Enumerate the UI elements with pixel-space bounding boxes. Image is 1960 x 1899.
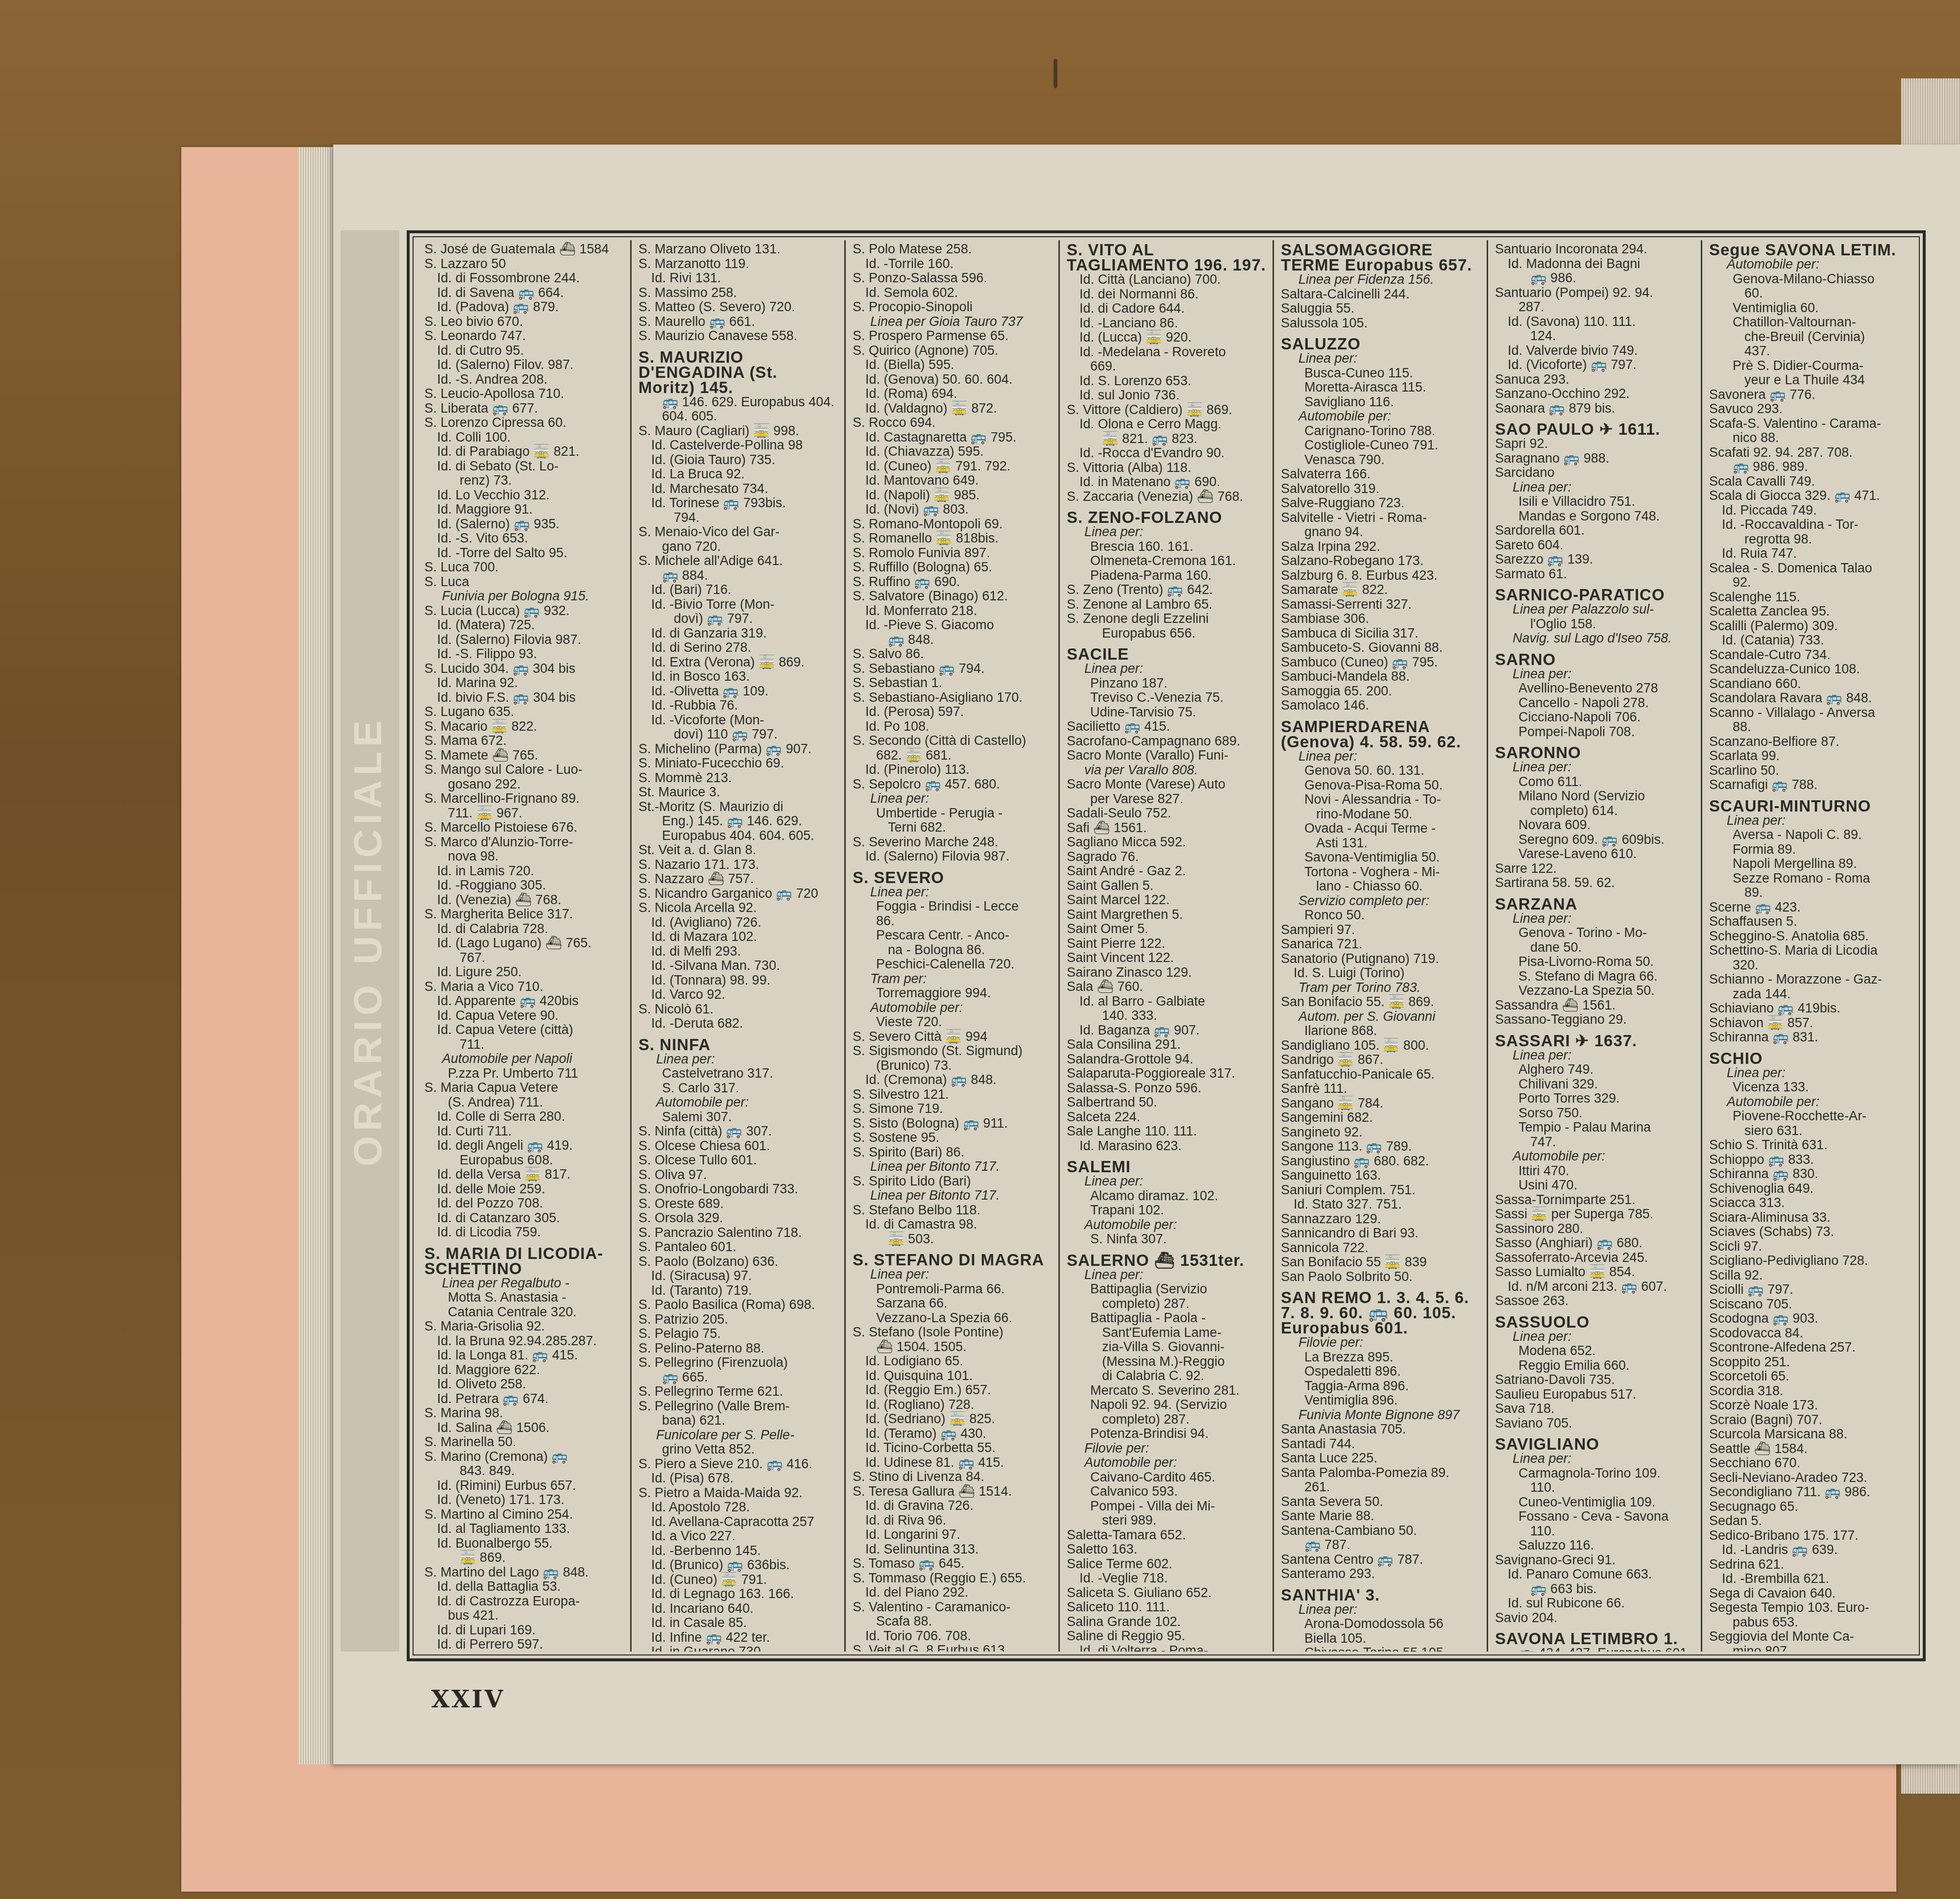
index-entry: Sciscano 705. (1709, 1297, 1909, 1312)
index-entry: Sciolli 🚌 797. (1709, 1282, 1909, 1297)
index-entry: Saliceto 110. 111. (1067, 1600, 1267, 1615)
index-entry: Id. Lo Vecchio 312. (424, 488, 624, 503)
index-entry: Id. Marina 92. (424, 676, 624, 691)
index-entry: 669. (1067, 359, 1267, 374)
index-entry: Sangineto 92. (1281, 1125, 1481, 1140)
index-entry: S. Luca 700. (424, 560, 624, 575)
index-entry: Id. di Calabria 728. (424, 922, 624, 937)
index-column-4: S. VITO AL TAGLIAMENTO 196. 197.Id. Citt… (1060, 240, 1274, 1652)
index-entry: Scheggino-S. Anatolia 685. (1709, 929, 1909, 944)
index-entry: Sanatorio (Putignano) 719. (1281, 952, 1481, 966)
index-entry: S. Olcese Chiesa 601. (638, 1139, 838, 1154)
index-entry: Tram per Torino 783. (1281, 981, 1481, 995)
index-entry: Sarmato 61. (1495, 567, 1695, 582)
index-heading: S. VITO AL TAGLIAMENTO 196. 197. (1067, 242, 1267, 272)
index-entry: Sanfatucchio-Panicale 65. (1281, 1067, 1481, 1082)
index-frame: S. José de Guatemala ⛴ 1584S. Lazzaro 50… (407, 230, 1926, 1661)
index-entry: Sassano-Teggiano 29. (1495, 1012, 1695, 1027)
index-entry: Id. Torinese 🚌 793bis. (638, 496, 838, 511)
index-entry: gnano 94. (1281, 525, 1481, 540)
index-entry: Salvatorello 319. (1281, 482, 1481, 496)
index-entry: Id. -Deruta 682. (638, 1016, 838, 1031)
index-entry: Salaparuta-Poggioreale 317. (1067, 1066, 1267, 1081)
index-entry: S. Leonardo 747. (424, 329, 624, 344)
index-entry: Id. sul Jonio 736. (1067, 388, 1267, 403)
index-entry: Linea per: (853, 885, 1053, 900)
index-entry: Id. di Mazara 102. (638, 930, 838, 944)
index-entry: Id. Ruia 747. (1709, 546, 1909, 561)
index-entry: Cancello - Napoli 278. (1495, 696, 1695, 711)
index-entry: Moretta-Airasca 115. (1281, 380, 1481, 395)
index-entry: Sciaves (Schabs) 73. (1709, 1225, 1909, 1239)
index-entry: Scigliano-Pedivigliano 728. (1709, 1254, 1909, 1268)
index-entry: Id. (Savona) 110. 111. (1495, 315, 1695, 329)
index-entry: Scafa 88. (853, 1614, 1053, 1629)
index-entry: Santadi 744. (1281, 1437, 1481, 1452)
index-entry: Schettino-S. Maria di Licodia (1709, 943, 1909, 958)
index-entry: Ronco 50. (1281, 908, 1481, 923)
index-entry: San Bonifacio 55 🚋 839 (1281, 1255, 1481, 1270)
index-entry: Alghero 749. (1495, 1062, 1695, 1077)
index-entry: Id. Apostolo 728. (638, 1500, 838, 1515)
index-entry: Id. Longarini 97. (853, 1528, 1053, 1542)
index-entry: Tram per: (853, 972, 1053, 986)
index-entry: 🚌 434. 437. Europabus 601. (1495, 1646, 1695, 1652)
index-entry: Sardorella 601. (1495, 523, 1695, 538)
index-entry: Id. (Genova) 50. 60. 604. (853, 372, 1053, 387)
index-entry: Id. Maggiore 622. (424, 1363, 624, 1378)
index-entry: Salbertrand 50. (1067, 1095, 1267, 1110)
index-entry: zada 144. (1709, 987, 1909, 1002)
index-entry: (Messina M.)-Reggio (1067, 1355, 1267, 1369)
index-entry: Sambuco (Cuneo) 🚌 795. (1281, 655, 1481, 670)
index-entry: Sambuci-Mandela 88. (1281, 669, 1481, 684)
index-entry: S. Oreste 689. (638, 1197, 838, 1211)
index-entry: per Varese 827. (1067, 792, 1267, 807)
index-entry: Sassoferrato-Arcevia 245. (1495, 1251, 1695, 1265)
index-entry: Sangone 113. 🚌 789. (1281, 1139, 1481, 1154)
index-entry: gosano 292. (424, 777, 624, 792)
index-entry: Salzano-Robegano 173. (1281, 554, 1481, 568)
index-entry: Id. -Landris 🚌 639. (1709, 1543, 1909, 1557)
index-entry: Id. delle Moie 259. (424, 1182, 624, 1197)
index-entry: S. Zaccaria (Venezia) ⛴ 768. (1067, 490, 1267, 504)
index-entry: bana) 621. (638, 1413, 838, 1428)
index-entry: Salve-Ruggiano 723. (1281, 496, 1481, 511)
index-entry: Id. di Legnago 163. 166. (638, 1587, 838, 1602)
index-entry: Id. in Lamis 720. (424, 864, 624, 879)
index-entry: Sanfrè 111. (1281, 1082, 1481, 1096)
index-entry: Santa Severa 50. (1281, 1495, 1481, 1509)
index-entry: Saonara 🚌 879 bis. (1495, 401, 1695, 416)
index-entry: Salza Irpina 292. (1281, 540, 1481, 554)
index-entry: l'Oglio 158. (1495, 617, 1695, 632)
index-heading: SARNICO-PARATICO (1495, 587, 1695, 602)
index-entry: S. Mango sul Calore - Luo- (424, 763, 624, 777)
index-entry: Id. Apparente 🚌 420bis (424, 994, 624, 1009)
index-column-7: Segue SAVONA LETIM.Automobile per:Genova… (1702, 240, 1915, 1652)
index-entry: Linea per: (1495, 667, 1695, 682)
index-entry: S. Lazzaro 50 (424, 257, 624, 271)
index-entry: rino-Modane 50. (1281, 807, 1481, 822)
index-entry: S. Nazzaro ⛴ 757. (638, 872, 838, 887)
index-entry: Id. di Fossombrone 244. (424, 271, 624, 286)
index-entry: Secchiano 670. (1709, 1456, 1909, 1471)
index-entry: Automobile per Napoli (424, 1052, 624, 1066)
index-entry: Id. di Cadore 644. (1067, 301, 1267, 316)
index-entry: S. Nicola Arcella 92. (638, 901, 838, 915)
index-entry: Carmagnola-Torino 109. (1495, 1466, 1695, 1481)
index-entry: Id. Avellana-Capracotta 257 (638, 1515, 838, 1529)
index-entry: Samolaco 146. (1281, 698, 1481, 713)
index-entry: Sapri 92. (1495, 437, 1695, 451)
index-entry: Id. Colle di Serra 280. (424, 1110, 624, 1124)
index-entry: Cuneo-Ventimiglia 109. (1495, 1495, 1695, 1510)
index-entry: S. Marzano Oliveto 131. (638, 242, 838, 257)
index-entry: S. Mauro (Cagliari) 🚋 998. (638, 424, 838, 439)
index-entry: Saltara-Calcinelli 244. (1281, 287, 1481, 302)
index-entry: Id. di Ganzaria 319. (638, 626, 838, 641)
index-entry: Linea per: (1067, 1268, 1267, 1282)
index-entry: Sarcidano (1495, 466, 1695, 480)
index-entry: Linea per: (1495, 1452, 1695, 1466)
index-entry: Id. (Teramo) 🚌 430. (853, 1427, 1053, 1441)
index-entry: Id. Maggiore 91. (424, 502, 624, 517)
index-column-5: SALSOMAGGIORE TERME Europabus 657.Linea … (1274, 240, 1488, 1652)
index-entry: S. Massimo 258. (638, 286, 838, 300)
index-entry: Santuario Incoronata 294. (1495, 242, 1695, 257)
index-entry: Brescia 160. 161. (1067, 540, 1267, 554)
index-entry: Id. -Torrile 160. (853, 257, 1053, 271)
index-entry: Linea per Fidenza 156. (1281, 272, 1481, 287)
index-entry: Id. (Chiavazza) 595. (853, 444, 1053, 459)
index-entry: Santena-Cambiano 50. (1281, 1524, 1481, 1538)
index-entry: Id. in Matenano 🚌 690. (1067, 475, 1267, 490)
index-entry: Scodovacca 84. (1709, 1326, 1909, 1341)
index-entry: Linea per Regalbuto - (424, 1276, 624, 1291)
index-entry: dovì) 🚌 797. (638, 612, 838, 626)
index-entry: S. Maurello 🚌 661. (638, 315, 838, 329)
index-entry: bus 421. (424, 1608, 624, 1623)
index-entry: Sangano 🚋 784. (1281, 1096, 1481, 1111)
index-entry: regrotta 98. (1709, 532, 1909, 547)
index-entry: Como 611. (1495, 775, 1695, 789)
index-entry: S. Maria a Vico 710. (424, 980, 624, 994)
index-entry: 🚋 503. (853, 1232, 1053, 1247)
index-entry: Battipaglia - Paola - (1067, 1311, 1267, 1326)
index-entry: Linea per: (1067, 525, 1267, 540)
index-entry: Id. Oliveto 258. (424, 1377, 624, 1392)
index-entry: Automobile per: (1067, 1455, 1267, 1470)
index-entry: S. Severino Marche 248. (853, 835, 1053, 850)
index-entry: S. Michele all'Adige 641. (638, 554, 838, 568)
index-entry: Id. la Longa 81. 🚌 415. (424, 1348, 624, 1363)
index-entry: S. Tommaso (Reggio E.) 655. (853, 1571, 1053, 1586)
index-heading: SARONNO (1495, 745, 1695, 760)
index-entry: Id. Rivi 131. (638, 271, 838, 286)
index-entry: Ventimiglia 60. (1709, 301, 1909, 316)
index-entry: Automobile per: (1281, 409, 1481, 424)
index-entry: Sanuca 293. (1495, 372, 1695, 387)
index-entry: Scorzè Noale 173. (1709, 1398, 1909, 1413)
index-entry: Id. S. Lorenzo 653. (1067, 374, 1267, 389)
index-entry: Chivasso-Torino 55.105. (1281, 1646, 1481, 1652)
index-entry: Id. Olona e Cerro Magg. (1067, 417, 1267, 432)
index-entry: Id. -Vicoforte (Mon- (638, 713, 838, 728)
index-entry: S. Salvo 86. (853, 647, 1053, 662)
index-heading: SAVIGLIANO (1495, 1436, 1695, 1452)
index-entry: Genova - Torino - Mo- (1495, 926, 1695, 940)
index-entry: Linea per: (1281, 749, 1481, 764)
index-entry: 60. (1709, 286, 1909, 301)
index-entry: Id. del Pozzo 708. (424, 1196, 624, 1211)
index-entry: Id. (Vicoforte) 🚌 797. (1495, 358, 1695, 372)
index-entry: Sasso Lumialto 🚋 854. (1495, 1265, 1695, 1280)
index-heading: S. MARIA DI LICODIA-SCHETTINO (424, 1246, 624, 1276)
index-entry: Scaletta Zanclea 95. (1709, 604, 1909, 619)
index-entry: gano 720. (638, 540, 838, 554)
index-column-2: S. Marzano Oliveto 131.S. Marzanotto 119… (632, 240, 846, 1652)
index-entry: renz) 73. (424, 473, 624, 488)
index-entry: Id. Monferrato 218. (853, 604, 1053, 618)
index-entry: Sarezzo 🚌 139. (1495, 552, 1695, 567)
index-entry: S. Salvatore (Binago) 612. (853, 589, 1053, 604)
index-entry: Santuario (Pompei) 92. 94. (1495, 286, 1695, 300)
index-entry: Id. Ligure 250. (424, 965, 624, 980)
index-entry: Id. della Versa 🚋 817. (424, 1167, 624, 1182)
index-entry: Id. Torio 706. 708. (853, 1629, 1053, 1644)
index-entry: S. Sisto (Bologna) 🚌 911. (853, 1116, 1053, 1131)
index-entry: Vicenza 133. (1709, 1080, 1909, 1095)
index-entry: Id. Ticino-Corbetta 55. (853, 1441, 1053, 1455)
index-entry: Id. Lodigiano 65. (853, 1354, 1053, 1369)
index-entry: Id. di Volterra - Poma- (1067, 1644, 1267, 1652)
index-entry: Sannicola 722. (1281, 1241, 1481, 1256)
index-entry: siero 631. (1709, 1124, 1909, 1138)
index-entry: Funivia per Bologna 915. (424, 589, 624, 604)
index-entry: Salzburg 6. 8. Eurbus 423. (1281, 568, 1481, 583)
index-entry: Id. (Salerno) 🚌 935. (424, 517, 624, 532)
index-entry: Sandrigo 🚋 867. (1281, 1053, 1481, 1067)
index-entry: Id. -Olivetta 🚌 109. (638, 684, 838, 699)
index-entry: Sala Consilina 291. (1067, 1037, 1267, 1052)
index-entry: Scandiano 660. (1709, 677, 1909, 691)
index-entry: Scerne 🚌 423. (1709, 900, 1909, 915)
index-entry: Sagrado 76. (1067, 850, 1267, 864)
index-entry: Samoggia 65. 200. (1281, 684, 1481, 699)
index-entry: S. Ninfa 307. (1067, 1232, 1267, 1247)
index-entry: Sareto 604. (1495, 538, 1695, 553)
index-entry: Id. (Cuneo) 🚋 791. (638, 1573, 838, 1587)
index-entry: S. Lorenzo Cipressa 60. (424, 416, 624, 430)
index-entry: 🚌 663 bis. (1495, 1582, 1695, 1597)
index-entry: Sannicandro di Bari 93. (1281, 1226, 1481, 1241)
index-entry: Pompei-Napoli 708. (1495, 725, 1695, 740)
index-entry: Sagliano Micca 592. (1067, 835, 1267, 850)
index-entry: Sava 718. (1495, 1402, 1695, 1416)
index-entry: Pinzano 187. (1067, 676, 1267, 691)
index-entry: S. Secondo (Città di Castello) (853, 734, 1053, 748)
index-entry: Linea per Palazzolo sul- (1495, 602, 1695, 617)
index-entry: Seattle ⛴ 1584. (1709, 1442, 1909, 1456)
page-edges-left (299, 147, 336, 1764)
index-entry: mino 807. (1709, 1644, 1909, 1652)
index-entry: S. Macario 🚋 822. (424, 719, 624, 734)
index-entry: Id. di Savena 🚌 664. (424, 286, 624, 300)
index-heading: SALEMI (1067, 1159, 1267, 1174)
index-entry: Sanguinetto 163. (1281, 1168, 1481, 1183)
index-entry: S. Maurizio Canavese 558. (638, 329, 838, 344)
index-entry: Pisa-Livorno-Roma 50. (1495, 955, 1695, 969)
index-entry: Id. (Gioia Tauro) 735. (638, 453, 838, 468)
index-entry: Safi ⛴ 1561. (1067, 821, 1267, 836)
index-entry: Linea per: (1495, 480, 1695, 495)
index-entry: Id. in Casale 85. (638, 1616, 838, 1630)
index-entry: Salina Grande 102. (1067, 1615, 1267, 1629)
index-entry: Umbertide - Perugia - (853, 806, 1053, 821)
index-entry: Calvanico 593. (1067, 1484, 1267, 1499)
index-entry: yeur e La Thuile 434 (1709, 373, 1909, 388)
index-entry: Savignano-Greci 91. (1495, 1553, 1695, 1568)
index-entry: Napoli 92. 94. (Servizio (1067, 1398, 1267, 1412)
index-entry: S. Marina 98. (424, 1406, 624, 1421)
index-entry: Id. -Berbenno 145. (638, 1544, 838, 1558)
index-entry: S. Spirito Lido (Bari) (853, 1174, 1053, 1189)
index-entry: S. Nazario 171. 173. (638, 858, 838, 872)
index-entry: Id. La Bruca 92. (638, 467, 838, 482)
index-entry: Sairano Zinasco 129. (1067, 965, 1267, 980)
index-entry: Saragnano 🚌 988. (1495, 451, 1695, 466)
index-entry: Sedrina 621. (1709, 1557, 1909, 1572)
index-entry: S. Nicolò 61. (638, 1002, 838, 1017)
index-heading: SCAURI-MINTURNO (1709, 798, 1909, 814)
index-entry: St. Veit a. d. Glan 8. (638, 843, 838, 858)
index-entry: Id. Varco 92. (638, 987, 838, 1002)
index-entry: Avellino-Benevento 278 (1495, 681, 1695, 696)
index-entry: Id. Quisquina 101. (853, 1369, 1053, 1383)
index-entry: Id. -Medelana - Rovereto (1067, 345, 1267, 360)
index-entry: Sadali-Seulo 752. (1067, 806, 1267, 821)
index-heading: SAO PAULO ✈ 1611. (1495, 421, 1695, 437)
index-entry: 86. (853, 914, 1053, 929)
index-entry: Scodogna 🚌 903. (1709, 1311, 1909, 1326)
index-entry: Samassi-Serrenti 327. (1281, 597, 1481, 612)
index-entry: S. Mommè 213. (638, 771, 838, 786)
index-entry: S. Teresa Gallura ⛴ 1514. (853, 1484, 1053, 1499)
index-entry: Pompei - Villa dei Mi- (1067, 1499, 1267, 1514)
index-entry: S. Luca (424, 575, 624, 590)
index-entry: Id. Po 108. (853, 719, 1053, 734)
index-entry: Segesta Tempio 103. Euro- (1709, 1601, 1909, 1615)
index-entry: 320. (1709, 958, 1909, 973)
index-entry: Sacro Monte (Varallo) Funi- (1067, 748, 1267, 763)
index-entry: Mandas e Sorgono 748. (1495, 509, 1695, 524)
index-entry: Scordia 318. (1709, 1384, 1909, 1399)
index-entry: S. Lugano 635. (424, 705, 624, 719)
index-entry: steri 989. (1067, 1513, 1267, 1528)
index-entry: che-Breuil (Cervinia) (1709, 330, 1909, 345)
index-entry: Saletta-Tamara 652. (1067, 1528, 1267, 1543)
index-entry: 🚌 787. (1281, 1538, 1481, 1553)
index-entry: Ilarione 868. (1281, 1024, 1481, 1038)
index-entry: Scandeluzza-Cunico 108. (1709, 662, 1909, 677)
index-entry: Id. Buonalbergo 55. (424, 1536, 624, 1551)
index-entry: Chilivani 329. (1495, 1077, 1695, 1092)
index-entry: Id. (Venezia) ⛴ 768. (424, 893, 624, 908)
index-entry: S. Procopio-Sinopoli (853, 300, 1053, 315)
index-heading: SAN REMO 1. 3. 4. 5. 6. 7. 8. 9. 60. 🚌 6… (1281, 1290, 1481, 1335)
index-entry: S. Rocco 694. (853, 416, 1053, 430)
index-entry: Id. in Bosco 163. (638, 669, 838, 684)
index-entry: Sega di Cavaion 640. (1709, 1586, 1909, 1601)
index-entry: Id. Mantovano 649. (853, 473, 1053, 488)
index-entry: Scanzano-Belfiore 87. (1709, 735, 1909, 749)
index-entry: St. Maurice 3. (638, 785, 838, 800)
index-entry: Id. di Perrero 597. (424, 1637, 624, 1652)
index-entry: Salussola 105. (1281, 316, 1481, 331)
index-entry: Id. (Cremona) 🚌 848. (853, 1073, 1053, 1087)
index-entry: completo) 287. (1067, 1412, 1267, 1427)
index-entry: 711. 🚋 967. (424, 806, 624, 821)
index-entry: Tortona - Voghera - Mi- (1281, 865, 1481, 880)
index-entry: Schioppo 🚌 833. (1709, 1153, 1909, 1167)
index-entry: Saint Marcel 122. (1067, 893, 1267, 908)
index-entry: Id. di Parabiago 🚋 821. (424, 444, 624, 459)
index-entry: Id. al Barro - Galbiate (1067, 994, 1267, 1009)
index-entry: Sedico-Bribano 175. 177. (1709, 1529, 1909, 1543)
index-entry: S. Mamete ⛴ 765. (424, 748, 624, 763)
index-entry: Genova-Milano-Chiasso (1709, 272, 1909, 287)
index-entry: Saint Margrethen 5. (1067, 908, 1267, 922)
index-entry: Id. -Torre del Salto 95. (424, 546, 624, 561)
index-entry: Id. di Camastra 98. (853, 1217, 1053, 1232)
index-entry: Id. -Silvana Man. 730. (638, 959, 838, 973)
index-entry: 88. (1709, 720, 1909, 735)
index-entry: Id. (Pisa) 678. (638, 1471, 838, 1486)
index-entry: 110. (1495, 1524, 1695, 1539)
index-entry: Arona-Domodossola 56 (1281, 1617, 1481, 1631)
index-entry: S. Liberata 🚌 677. (424, 401, 624, 416)
index-entry: S. Zeno (Trento) 🚌 642. (1067, 583, 1267, 597)
index-entry: Chatillon-Valtournan- (1709, 315, 1909, 330)
index-entry: Id. -Roccavaldina - Tor- (1709, 518, 1909, 532)
index-entry: S. Paolo (Bolzano) 636. (638, 1255, 838, 1269)
index-entry: Savona-Ventimiglia 50. (1281, 850, 1481, 865)
index-entry: Samarate 🚋 822. (1281, 583, 1481, 597)
index-entry: Novi - Alessandria - To- (1281, 792, 1481, 807)
index-entry: Piadena-Parma 160. (1067, 568, 1267, 583)
index-entry: Novara 609. (1495, 818, 1695, 833)
index-entry: 🚋 821. 🚌 823. (1067, 432, 1267, 446)
index-entry: S. Menaio-Vico del Gar- (638, 525, 838, 540)
index-entry: Id. -Roggiano 305. (424, 878, 624, 893)
index-entry: Id. (Matera) 725. (424, 618, 624, 633)
index-heading: SALSOMAGGIORE TERME Europabus 657. (1281, 242, 1481, 272)
index-entry: Scarlino 50. (1709, 764, 1909, 778)
index-entry: Id. Curti 711. (424, 1124, 624, 1139)
index-entry: Id. (Catania) 733. (1709, 633, 1909, 648)
index-entry: S. Ponzo-Salassa 596. (853, 271, 1053, 286)
index-entry: Peschici-Calenella 720. (853, 957, 1053, 972)
index-entry: S. Pelagio 75. (638, 1327, 838, 1341)
index-entry: Tempio - Palau Marina (1495, 1120, 1695, 1135)
index-entry: Catania Centrale 320. (424, 1305, 624, 1320)
index-entry: Id. di Gravina 726. (853, 1499, 1053, 1513)
index-entry: Satriano-Davoli 735. (1495, 1373, 1695, 1387)
index-entry: S. Vittore (Caldiero) 🚋 869. (1067, 403, 1267, 418)
index-entry: Id. Castagnaretta 🚌 795. (853, 430, 1053, 445)
index-entry: S. Michelino (Parma) 🚌 907. (638, 742, 838, 757)
